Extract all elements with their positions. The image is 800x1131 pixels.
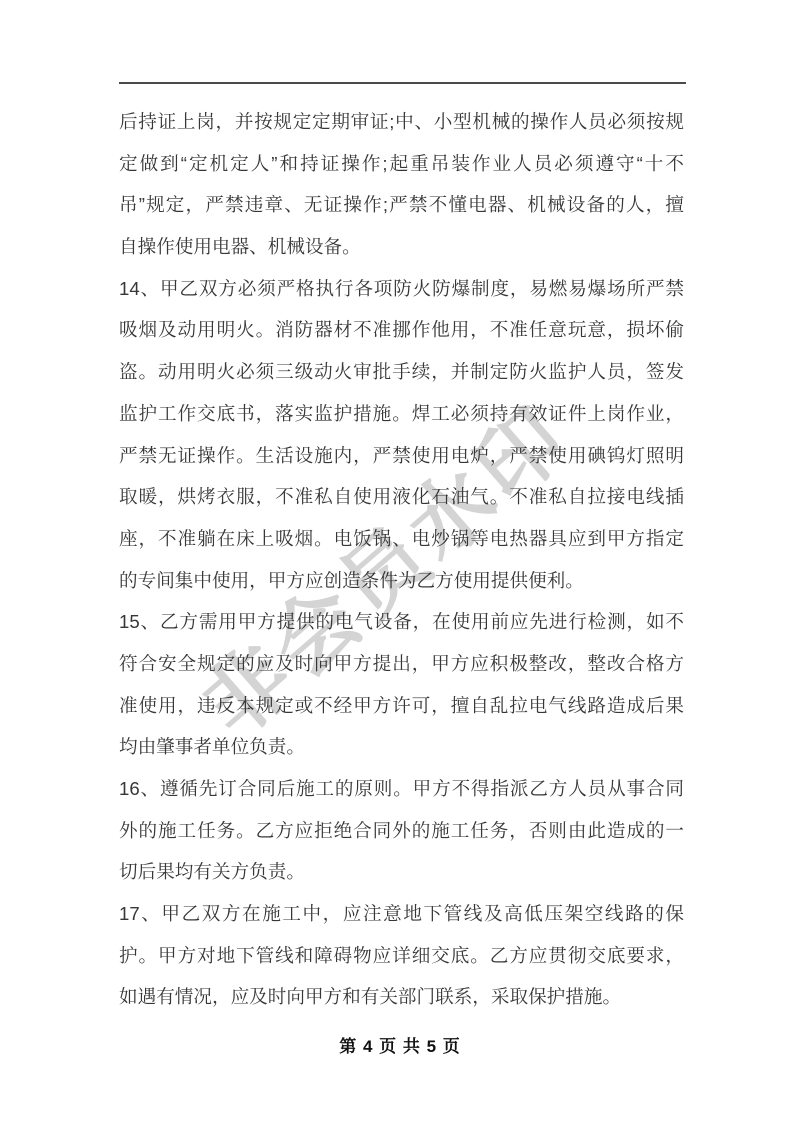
text-line: 符合安全规定的应及时向甲方提出，甲方应积极整改，整改合格方: [119, 643, 684, 685]
text-line: 14、甲乙双方必须严格执行各项防火防爆制度，易燃易爆场所严禁: [119, 268, 684, 310]
text-line: 如遇有情况，应及时向甲方和有关部门联系，采取保护措施。: [119, 976, 684, 1018]
text-line: 盗。动用明火必须三级动火审批手续，并制定防火监护人员，签发: [119, 351, 684, 393]
text-line: 外的施工任务。乙方应拒绝合同外的施工任务，否则由此造成的一: [119, 810, 684, 852]
contract-document-page: 非会员水印 后持证上岗，并按规定定期审证;中、小型机械的操作人员必须按规 定做到…: [0, 0, 800, 1131]
header-divider: [119, 82, 686, 84]
paragraph-item-15: 15、乙方需用甲方提供的电气设备，在使用前应先进行检测，如不 符合安全规定的应及…: [119, 601, 684, 768]
text-line: 护。甲方对地下管线和障碍物应详细交底。乙方应贯彻交底要求，: [119, 935, 684, 977]
page-number-footer: 第 4 页 共 5 页: [0, 1036, 800, 1058]
text-line: 的专间集中使用，甲方应创造条件为乙方使用提供便利。: [119, 560, 684, 602]
paragraph-item-16: 16、遵循先订合同后施工的原则。甲方不得指派乙方人员从事合同 外的施工任务。乙方…: [119, 768, 684, 893]
text-line: 准使用，违反本规定或不经甲方许可，擅自乱拉电气线路造成后果: [119, 685, 684, 727]
text-line: 取暖，烘烤衣服，不准私自使用液化石油气。不准私自拉接电线插: [119, 476, 684, 518]
paragraph-13-continuation: 后持证上岗，并按规定定期审证;中、小型机械的操作人员必须按规 定做到“定机定人”…: [119, 101, 684, 268]
text-line: 17、甲乙双方在施工中，应注意地下管线及高低压架空线路的保: [119, 893, 684, 935]
paragraph-item-17: 17、甲乙双方在施工中，应注意地下管线及高低压架空线路的保 护。甲方对地下管线和…: [119, 893, 684, 1018]
text-line: 定做到“定机定人”和持证操作;起重吊装作业人员必须遵守“十不: [119, 143, 684, 185]
text-line: 15、乙方需用甲方提供的电气设备，在使用前应先进行检测，如不: [119, 601, 684, 643]
text-line: 座，不准躺在床上吸烟。电饭锅、电炒锅等电热器具应到甲方指定: [119, 518, 684, 560]
text-line: 监护工作交底书，落实监护措施。焊工必须持有效证件上岗作业，: [119, 393, 684, 435]
document-body: 后持证上岗，并按规定定期审证;中、小型机械的操作人员必须按规 定做到“定机定人”…: [119, 101, 684, 1018]
text-line: 均由肇事者单位负责。: [119, 726, 684, 768]
text-line: 自操作使用电器、机械设备。: [119, 226, 684, 268]
paragraph-item-14: 14、甲乙双方必须严格执行各项防火防爆制度，易燃易爆场所严禁 吸烟及动用明火。消…: [119, 268, 684, 602]
text-line: 切后果均有关方负责。: [119, 851, 684, 893]
text-line: 后持证上岗，并按规定定期审证;中、小型机械的操作人员必须按规: [119, 101, 684, 143]
text-line: 吸烟及动用明火。消防器材不准挪作他用，不准任意玩意，损坏偷: [119, 309, 684, 351]
text-line: 严禁无证操作。生活设施内，严禁使用电炉，严禁使用碘钨灯照明: [119, 435, 684, 477]
text-line: 16、遵循先订合同后施工的原则。甲方不得指派乙方人员从事合同: [119, 768, 684, 810]
text-line: 吊”规定，严禁违章、无证操作;严禁不懂电器、机械设备的人，擅: [119, 184, 684, 226]
